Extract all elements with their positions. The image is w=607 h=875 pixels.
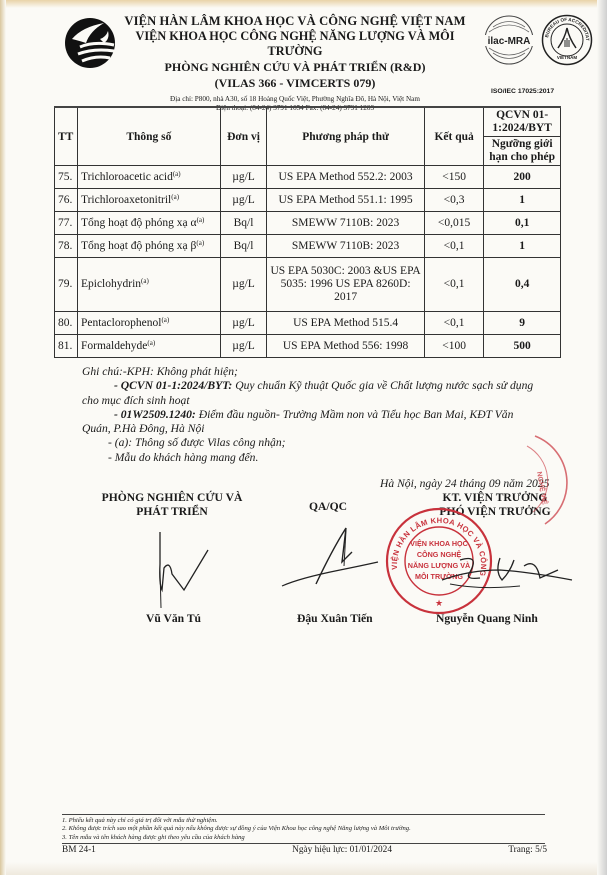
qa-signatory-title: QA/QC: [298, 500, 358, 514]
accreditation-mark: (a): [171, 193, 179, 201]
cell-method: SMEWW 7110B: 2023: [267, 212, 425, 235]
cell-tt: 77.: [55, 212, 78, 235]
bureau-of-accreditation-logo-icon: BUREAU OF ACCREDITATION VIETNAM: [541, 14, 593, 66]
cell-tt: 75.: [55, 166, 78, 189]
cell-param: Tổng hoạt độ phóng xạ β(a): [77, 235, 220, 258]
cell-method: SMEWW 7110B: 2023: [267, 235, 425, 258]
cell-unit: µg/L: [220, 166, 266, 189]
address: Địa chỉ: P800, nhà A30, số 18 Hoàng Quốc…: [120, 95, 470, 104]
table-row: 78.Tổng hoạt độ phóng xạ β(a)Bq/lSMEWW 7…: [55, 235, 561, 258]
issue-date: Hà Nội, ngày 24 tháng 09 năm 2025: [380, 477, 549, 490]
institute-name: VIỆN KHOA HỌC CÔNG NGHỆ NĂNG LƯỢNG VÀ MÔ…: [120, 29, 470, 59]
table-row: 75.Trichloroacetic acid(a)µg/LUS EPA Met…: [55, 166, 561, 189]
cell-tt: 80.: [55, 312, 78, 335]
footer-note-3: 3. Tên mẫu và tên khách hàng được ghi th…: [62, 834, 562, 842]
col-header-result: Kết quả: [424, 107, 483, 166]
table-row: 77.Tổng hoạt độ phóng xạ α(a)Bq/lSMEWW 7…: [55, 212, 561, 235]
cell-tt: 76.: [55, 189, 78, 212]
note-kph: Ghi chú:-KPH: Không phát hiện;: [82, 365, 562, 379]
cell-method: US EPA Method 515.4: [267, 312, 425, 335]
cell-result: <150: [424, 166, 483, 189]
institute-logo-icon: [64, 17, 116, 69]
cell-param: Trichloroacetic acid(a): [77, 166, 220, 189]
cell-unit: Bq/l: [220, 212, 266, 235]
page-number: Trang: 5/5: [508, 845, 547, 855]
accreditation-mark: (a): [141, 277, 149, 285]
cell-result: <0,1: [424, 258, 483, 312]
footer-bar: BM 24-1 Ngày hiệu lực: 01/01/2024 Trang:…: [62, 845, 547, 855]
cell-unit: Bq/l: [220, 235, 266, 258]
academy-name: VIỆN HÀN LÂM KHOA HỌC VÀ CÔNG NGHỆ VIỆT …: [120, 14, 470, 29]
accreditation-mark: (a): [147, 339, 155, 347]
department-name: PHÒNG NGHIÊN CỨU VÀ PHÁT TRIỂN (R&D): [120, 59, 470, 75]
paper-edge-left: [0, 0, 6, 875]
table-row: 81.Formaldehyde(a)µg/LUS EPA Method 556:…: [55, 335, 561, 358]
cell-method: US EPA Method 551.1: 1995: [267, 189, 425, 212]
note-qcvn-cont: cho mục đích sinh hoạt: [82, 394, 562, 408]
footer-notes: 1. Phiếu kết quả này chỉ có giá trị đối …: [62, 817, 562, 842]
col-header-unit: Đơn vị: [220, 107, 266, 166]
signature-vu-van-tu: [150, 530, 220, 610]
dept-signatory-title: PHÒNG NGHIÊN CỨU VÀ PHÁT TRIỂN: [92, 491, 252, 519]
table-row: 79.Epiclohydrin(a)µg/LUS EPA 5030C: 2003…: [55, 258, 561, 312]
results-table: TT Thông số Đơn vị Phương pháp thử Kết q…: [54, 106, 561, 358]
notes-section: Ghi chú:-KPH: Không phát hiện; - QCVN 01…: [82, 365, 562, 465]
table-header-row: TT Thông số Đơn vị Phương pháp thử Kết q…: [55, 107, 561, 137]
cell-tt: 81.: [55, 335, 78, 358]
signatory-name-dept: Vũ Văn Tú: [146, 612, 201, 625]
table-row: 76.Trichloroaxetonitril(a)µg/LUS EPA Met…: [55, 189, 561, 212]
col-header-method: Phương pháp thử: [267, 107, 425, 166]
table-body: 75.Trichloroacetic acid(a)µg/LUS EPA Met…: [55, 166, 561, 358]
paper-edge-right: [597, 0, 607, 875]
partial-stamp-icon: NGHỆ VIỆ: [525, 432, 595, 527]
cell-result: <100: [424, 335, 483, 358]
svg-text:VIETNAM: VIETNAM: [557, 55, 578, 60]
cell-unit: µg/L: [220, 312, 266, 335]
cell-tt: 78.: [55, 235, 78, 258]
cell-limit: 0,1: [484, 212, 561, 235]
cell-limit: 9: [484, 312, 561, 335]
cell-limit: 200: [484, 166, 561, 189]
col-header-param: Thông số: [77, 107, 220, 166]
cell-param: Pentaclorophenol(a): [77, 312, 220, 335]
footer-divider-2: [62, 843, 545, 844]
accreditation-mark: (a): [197, 216, 205, 224]
cell-limit: 500: [484, 335, 561, 358]
col-header-tt: TT: [55, 107, 78, 166]
col-header-standard: QCVN 01-1:2024/BYT: [484, 107, 561, 137]
col-header-limit: Ngưỡng giới hạn cho phép: [484, 137, 561, 166]
cell-method: US EPA 5030C: 2003 &US EPA 5035: 1996 US…: [267, 258, 425, 312]
note-qcvn: - QCVN 01-1:2024/BYT: Quy chuẩn Kỹ thuật…: [82, 379, 562, 393]
ilac-mra-logo-icon: ilac-MRA: [483, 14, 535, 66]
svg-text:ilac-MRA: ilac-MRA: [488, 36, 531, 47]
table-row: 80.Pentaclorophenol(a)µg/LUS EPA Method …: [55, 312, 561, 335]
signature-dau-xuan-tien: [280, 522, 380, 594]
footer-divider: [62, 814, 545, 815]
note-sample: - 01W2509.1240: Điểm đầu nguồn- Trường M…: [82, 408, 562, 422]
note-sample-source: - Mẫu do khách hàng mang đến.: [82, 451, 562, 465]
footer-note-1: 1. Phiếu kết quả này chỉ có giá trị đối …: [62, 817, 562, 825]
signature-nguyen-quang-ninh: [440, 550, 575, 600]
accreditation-mark: (a): [173, 170, 181, 178]
footer-note-2: 2. Không được trích sao một phần kết quả…: [62, 825, 562, 833]
svg-text:VIỆN KHOA HỌC: VIỆN KHOA HỌC: [410, 539, 468, 548]
note-sample-cont: Quán, P.Hà Đông, Hà Nội: [82, 422, 562, 436]
effective-date: Ngày hiệu lực: 01/01/2024: [292, 845, 392, 855]
cell-method: US EPA Method 552.2: 2003: [267, 166, 425, 189]
iso-standard-label: ISO/IEC 17025:2017: [491, 88, 554, 95]
form-code: BM 24-1: [62, 845, 96, 855]
cell-limit: 1: [484, 189, 561, 212]
signatory-name-director: Nguyễn Quang Ninh: [436, 612, 538, 625]
cell-method: US EPA Method 556: 1998: [267, 335, 425, 358]
letterhead: VIỆN HÀN LÂM KHOA HỌC VÀ CÔNG NGHỆ VIỆT …: [120, 14, 470, 113]
cell-unit: µg/L: [220, 258, 266, 312]
cell-param: Formaldehyde(a): [77, 335, 220, 358]
cell-param: Tổng hoạt độ phóng xạ α(a): [77, 212, 220, 235]
signatory-name-qa: Đậu Xuân Tiến: [297, 612, 373, 625]
note-mark: - (a): Thông số được Vilas công nhận;: [82, 436, 562, 450]
cell-limit: 0,4: [484, 258, 561, 312]
cell-result: <0,1: [424, 312, 483, 335]
cell-param: Epiclohydrin(a): [77, 258, 220, 312]
accreditation-codes: (VILAS 366 - VIMCERTS 079): [120, 75, 470, 91]
cell-unit: µg/L: [220, 189, 266, 212]
accreditation-mark: (a): [161, 316, 169, 324]
cell-result: <0,015: [424, 212, 483, 235]
cell-param: Trichloroaxetonitril(a): [77, 189, 220, 212]
cell-unit: µg/L: [220, 335, 266, 358]
cell-result: <0,3: [424, 189, 483, 212]
accreditation-mark: (a): [196, 239, 204, 247]
cell-limit: 1: [484, 235, 561, 258]
cell-result: <0,1: [424, 235, 483, 258]
cell-tt: 79.: [55, 258, 78, 312]
